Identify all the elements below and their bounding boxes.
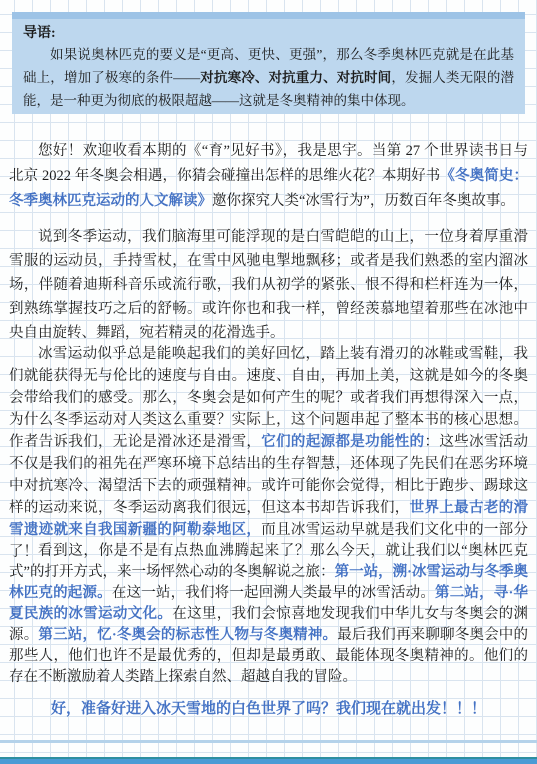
intro-label: 导语: [23,24,514,43]
bottom-accent-bar [0,757,537,764]
intro-text: 如果说奥林匹克的要义是“更高、更快、更强”，那么冬季奥林匹克就是在此基础上，增加… [23,43,514,112]
bold-text: 对抗寒冷、对抗重力、对抗时间 [200,70,391,85]
three-stops-paragraph: 看到这，你是不是有点热血沸腾起来了？那么今天，就让我们以“奥林匹克式”的打开方式… [9,541,528,688]
body-text: 邀你探究人类“冰雪行为”，历数百年冬奥故事。 [212,193,515,209]
body-text: 说到冬季运动，我们脑海里可能浮现的是白雪皑皑的山上，一位身着厚重滑雪服的运动员，… [9,229,528,341]
top-accent-bar [12,12,525,19]
winter-sports-imagery-paragraph: 说到冬季运动，我们脑海里可能浮现的是白雪皑皑的山上，一位身着厚重滑雪服的运动员，… [9,225,528,345]
book-core-idea-paragraph: 冰雪运动似乎总是能唤起我们的美好回忆，踏上装有滑刃的冰鞋或雪鞋，我们就能获得无与… [9,343,528,563]
greeting-paragraph: 您好！欢迎收看本期的《“育”见好书》，我是思宇。当第 27 个世界读书日与北京 … [9,139,528,214]
closing-line: 好，准备好进入冰天雪地的白色世界了吗？我们现在就出发！！！ [9,698,528,720]
document-page: 导语: 如果说奥林匹克的要义是“更高、更快、更强”，那么冬季奥林匹克就是在此基础… [0,0,537,764]
highlight-text: 第三站，忆·冬奥会的标志性人物与冬奥精神。 [38,627,337,643]
bottom-rule-line [0,740,537,743]
body-text: 在这一站，我们将一起回溯人类最早的冰雪活动。 [112,585,435,601]
intro-box: 导语: 如果说奥林匹克的要义是“更高、更快、更强”，那么冬季奥林匹克就是在此基础… [12,19,525,114]
highlight-text: 它们的起源都是功能性的 [261,434,424,450]
